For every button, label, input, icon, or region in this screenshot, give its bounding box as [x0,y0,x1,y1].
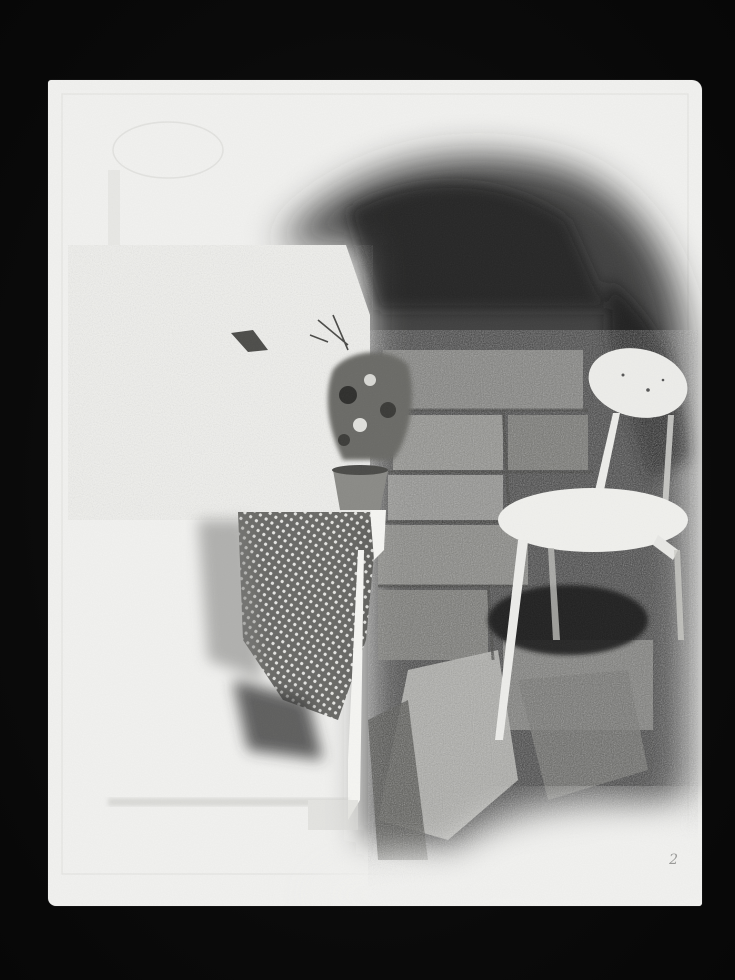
background: 2 [0,0,735,980]
sheet-number: 2 [669,852,678,868]
print-sheet: 2 [48,80,702,906]
print-image [48,80,702,906]
